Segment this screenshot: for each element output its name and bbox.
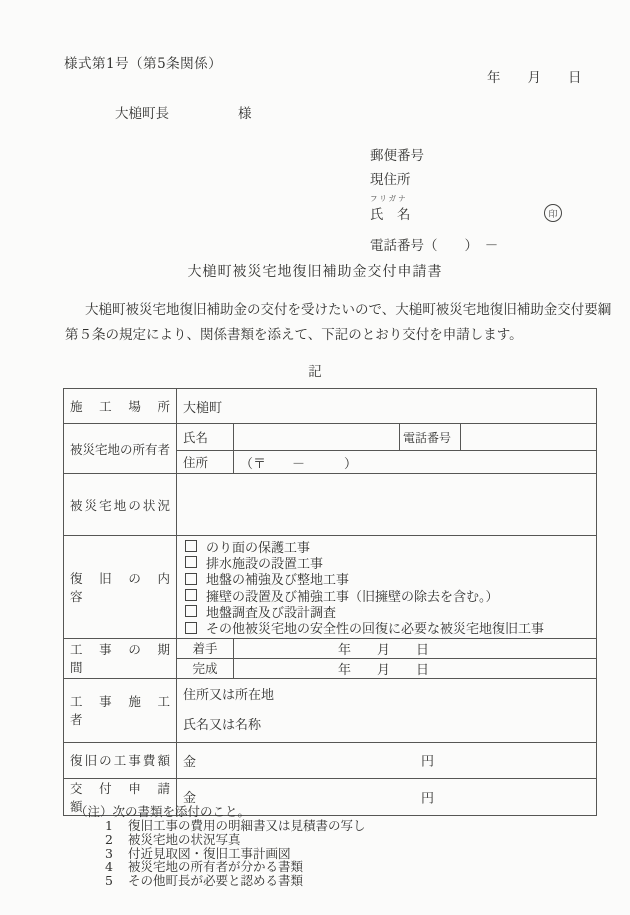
- repair-option: 擁壁の設置及び補強工事（旧擁壁の除去を含む。）: [183, 587, 590, 603]
- form-page: { "header": { "form_number": "様式第1号（第5条関…: [0, 0, 630, 915]
- body-paragraph-line2: 第５条の規定により、関係書類を添えて、下記のとおり交付を申請します。: [65, 323, 523, 343]
- table-row: 工 事 の 期 間 着手 年 月 日: [64, 638, 597, 658]
- checkbox-icon[interactable]: [185, 589, 197, 601]
- note-number: 2: [105, 833, 128, 847]
- work-period-label: 工 事 の 期 間: [64, 638, 177, 678]
- seal-label: 印: [548, 207, 557, 220]
- document-title: 大槌町被災宅地復旧補助金交付申請書: [0, 261, 630, 281]
- note-item: 3 付近見取図・復旧工事計画図: [75, 847, 366, 861]
- repair-cost-label: 復旧の工事費額: [64, 742, 177, 778]
- note-text: 被災宅地の所有者が分かる書類: [128, 860, 303, 874]
- currency-suffix: 円: [421, 751, 434, 770]
- note-text: その他町長が必要と認める書類: [128, 874, 303, 888]
- seal-icon: 印: [544, 204, 562, 222]
- note-number: 3: [105, 847, 128, 861]
- note-number: 1: [105, 819, 128, 833]
- note-item: 5 その他町長が必要と認める書類: [75, 874, 366, 888]
- table-row: 復旧の工事費額 金 円: [64, 742, 597, 778]
- body-paragraph-line1: 大槌町被災宅地復旧補助金の交付を受けたいので、大槌町被災宅地復旧補助金交付要綱: [85, 298, 611, 318]
- note-item: 2 被災宅地の状況写真: [75, 833, 366, 847]
- table-row: 施 工 場 所 大槌町: [64, 389, 597, 424]
- owner-phone-label: 電話番号: [400, 424, 461, 451]
- date-line: 年 月 日: [487, 66, 582, 86]
- repair-content-cell: のり面の保護工事 排水施設の設置工事 地盤の補強及び整地工事 擁壁の設置及び補強…: [177, 536, 597, 639]
- notes-heading: （注）次の書類を添付のこと。: [75, 805, 366, 819]
- owner-name-label: 氏名: [177, 424, 234, 451]
- checkbox-icon[interactable]: [185, 556, 197, 568]
- owner-phone-field[interactable]: [461, 424, 597, 451]
- currency-suffix: 円: [421, 787, 434, 806]
- repair-cost-field[interactable]: 金 円: [177, 742, 597, 778]
- table-row: 工 事 施 工 者 住所又は所在地 氏名又は名称: [64, 678, 597, 742]
- repair-option: その他被災宅地の安全性の回復に必要な被災宅地復旧工事: [183, 619, 590, 635]
- owner-address-label: 住所: [177, 451, 234, 474]
- repair-option-label: その他被災宅地の安全性の回復に必要な被災宅地復旧工事: [206, 618, 544, 637]
- start-label: 着手: [177, 638, 234, 658]
- note-text: 被災宅地の状況写真: [128, 833, 241, 847]
- checkbox-icon[interactable]: [185, 573, 197, 585]
- current-address-label: 現住所: [370, 168, 411, 188]
- construction-site-value[interactable]: 大槌町: [177, 389, 597, 424]
- application-table: 施 工 場 所 大槌町 被災宅地の所有者 氏名 電話番号 住所 （〒 － ） 被…: [63, 388, 597, 816]
- record-mark: 記: [0, 360, 630, 380]
- contractor-address-label: 住所又は所在地: [183, 684, 590, 703]
- name-line: 氏 名 印: [370, 203, 562, 223]
- repair-option: 排水施設の設置工事: [183, 554, 590, 570]
- owner-name-field[interactable]: [234, 424, 400, 451]
- note-item: 1 復旧工事の費用の明細書又は見積書の写し: [75, 819, 366, 833]
- completion-label: 完成: [177, 658, 234, 678]
- table-row: 復 旧 の 内 容 のり面の保護工事 排水施設の設置工事 地盤の補強及び整地工事…: [64, 536, 597, 639]
- table-row: 被災宅地の所有者 氏名 電話番号: [64, 424, 597, 451]
- note-number: 4: [105, 860, 128, 874]
- addressee-line: 大槌町長様: [115, 102, 252, 122]
- owner-address-field[interactable]: （〒 － ）: [234, 451, 597, 474]
- note-text: 付近見取図・復旧工事計画図: [128, 847, 291, 861]
- note-item: 4 被災宅地の所有者が分かる書類: [75, 860, 366, 874]
- name-label: 氏 名: [370, 203, 411, 223]
- currency-prefix: 金: [183, 755, 196, 770]
- site-condition-field[interactable]: [177, 474, 597, 536]
- repair-content-label: 復 旧 の 内 容: [64, 536, 177, 639]
- note-number: 5: [105, 874, 128, 888]
- completion-date-field[interactable]: 年 月 日: [234, 658, 597, 678]
- postal-code-label: 郵便番号: [370, 144, 424, 164]
- contractor-cell[interactable]: 住所又は所在地 氏名又は名称: [177, 678, 597, 742]
- addressee-name: 大槌町長: [115, 106, 169, 122]
- contractor-label: 工 事 施 工 者: [64, 678, 177, 742]
- form-number: 様式第1号（第5条関係）: [64, 52, 222, 72]
- owner-label: 被災宅地の所有者: [64, 424, 177, 474]
- table-row: 被災宅地の状況: [64, 474, 597, 536]
- applicant-block: 郵便番号 現住所 フリガナ 氏 名 印 電話番号（ ） －: [370, 144, 562, 254]
- note-text: 復旧工事の費用の明細書又は見積書の写し: [128, 819, 366, 833]
- repair-option: 地盤調査及び設計調査: [183, 603, 590, 619]
- start-date-field[interactable]: 年 月 日: [234, 638, 597, 658]
- repair-option: のり面の保護工事: [183, 538, 590, 554]
- attachment-notes: （注）次の書類を添付のこと。 1 復旧工事の費用の明細書又は見積書の写し 2 被…: [75, 805, 366, 888]
- checkbox-icon[interactable]: [185, 605, 197, 617]
- construction-site-label: 施 工 場 所: [64, 389, 177, 424]
- phone-label: 電話番号（ ） －: [370, 234, 498, 254]
- site-condition-label: 被災宅地の状況: [64, 474, 177, 536]
- addressee-honorific: 様: [238, 106, 252, 122]
- checkbox-icon[interactable]: [185, 622, 197, 634]
- contractor-name-label: 氏名又は名称: [183, 714, 590, 733]
- checkbox-icon[interactable]: [185, 540, 197, 552]
- repair-option: 地盤の補強及び整地工事: [183, 571, 590, 587]
